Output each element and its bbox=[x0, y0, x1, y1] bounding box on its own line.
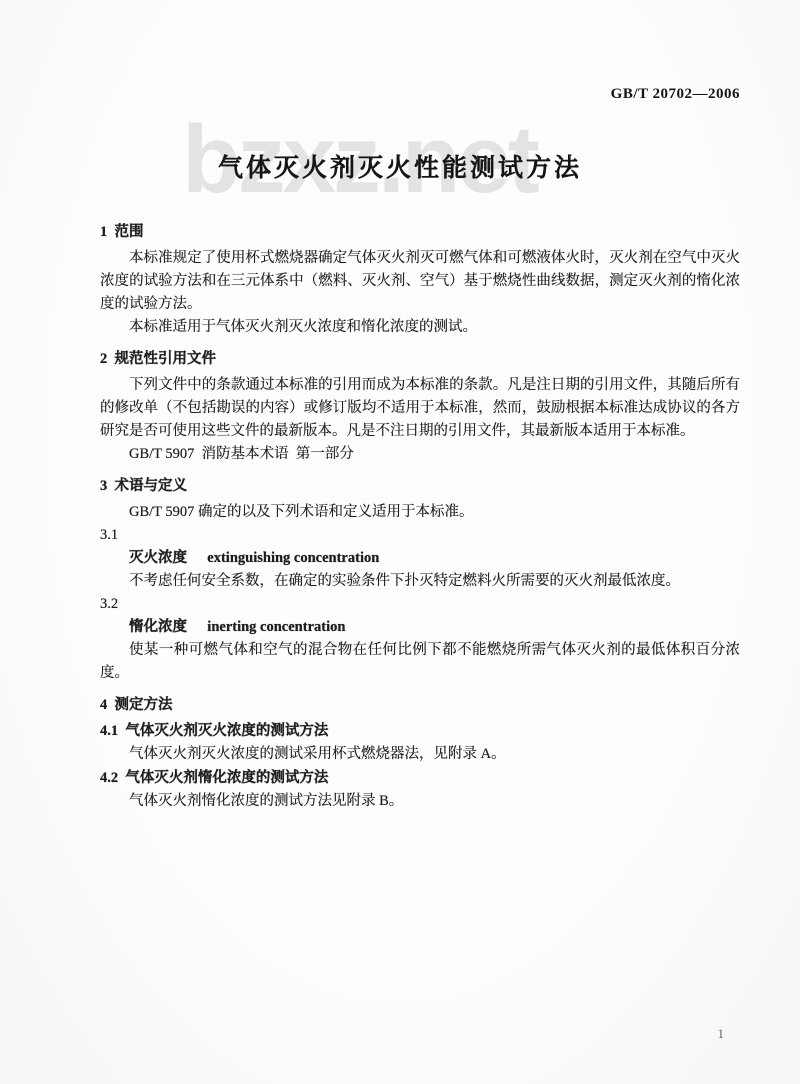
term-en: inerting concentration bbox=[207, 619, 345, 635]
clause-4-2-heading: 4.2 气体灭火剂惰化浓度的测试方法 bbox=[100, 767, 740, 790]
clause-4-1-text: 气体灭火剂灭火浓度的测试采用杯式燃烧器法，见附录 A。 bbox=[100, 743, 740, 766]
standard-code: GB/T 20702—2006 bbox=[611, 86, 740, 103]
term-zh: 惰化浓度 bbox=[129, 619, 187, 635]
section-3-heading: 3 术语与定义 bbox=[100, 475, 740, 498]
clause-4-2-text: 气体灭火剂惰化浓度的测试方法见附录 B。 bbox=[100, 790, 740, 813]
clause-3-1-definition: 不考虑任何安全系数，在确定的实验条件下扑灭特定燃料火所需要的灭火剂最低浓度。 bbox=[100, 570, 740, 593]
section-2-reference: GB/T 5907 消防基本术语 第一部分 bbox=[100, 443, 740, 466]
section-1-heading: 1 范围 bbox=[100, 221, 740, 244]
document-title: 气体灭火剂灭火性能测试方法 bbox=[0, 148, 800, 184]
section-3-intro: GB/T 5907 确定的以及下列术语和定义适用于本标准。 bbox=[100, 501, 740, 524]
term-en: extinguishing concentration bbox=[207, 550, 379, 566]
clause-3-2-number: 3.2 bbox=[100, 593, 740, 616]
document-body: 1 范围 本标准规定了使用杯式燃烧器确定气体灭火剂灭可燃气体和可燃液体火时，灭火… bbox=[100, 212, 740, 813]
term-zh: 灭火浓度 bbox=[129, 550, 187, 566]
clause-3-2-definition: 使某一种可燃气体和空气的混合物在任何比例下都不能燃烧所需气体灭火剂的最低体积百分… bbox=[100, 639, 740, 685]
section-1-paragraph-2: 本标准适用于气体灭火剂灭火浓度和惰化浓度的测试。 bbox=[100, 316, 740, 339]
term-extinguishing-concentration: 灭火浓度extinguishing concentration bbox=[100, 547, 740, 570]
section-4-heading: 4 测定方法 bbox=[100, 694, 740, 717]
clause-4-1-heading: 4.1 气体灭火剂灭火浓度的测试方法 bbox=[100, 720, 740, 743]
page-number: 1 bbox=[718, 1026, 725, 1042]
term-inerting-concentration: 惰化浓度inerting concentration bbox=[100, 616, 740, 639]
section-2-heading: 2 规范性引用文件 bbox=[100, 348, 740, 371]
section-2-paragraph-1: 下列文件中的条款通过本标准的引用而成为本标准的条款。凡是注日期的引用文件，其随后… bbox=[100, 374, 740, 443]
clause-3-1-number: 3.1 bbox=[100, 524, 740, 547]
section-1-paragraph-1: 本标准规定了使用杯式燃烧器确定气体灭火剂灭可燃气体和可燃液体火时，灭火剂在空气中… bbox=[100, 247, 740, 316]
scanned-document-page: bzxz.net GB/T 20702—2006 气体灭火剂灭火性能测试方法 1… bbox=[0, 0, 800, 1084]
